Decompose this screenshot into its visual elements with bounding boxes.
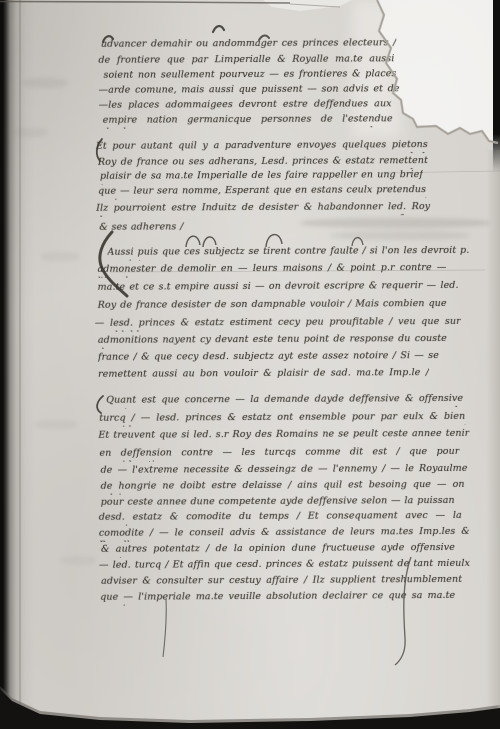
manuscript-scan: advancer demahir ou andommager ces princ…	[0, 0, 500, 729]
ascender-loop	[203, 237, 216, 247]
ink-marks-overlay	[0, 0, 500, 729]
ascender-flourish	[259, 36, 269, 40]
flourish-initial-et	[97, 139, 102, 161]
pen-descender-stroke	[163, 599, 166, 657]
pen-descender-stroke	[395, 557, 411, 665]
tear-edge-fringe	[377, 0, 498, 143]
ascender-flourish	[103, 36, 113, 42]
ascender-flourish	[213, 26, 224, 32]
fold-guideline	[380, 171, 500, 173]
flourish-initial-quant	[97, 396, 103, 413]
ascender-loop	[266, 235, 282, 247]
top-page-edge	[0, 2, 290, 4]
flourish-initial-aussi	[100, 232, 127, 296]
tear-edge-line	[377, 0, 498, 143]
ascender-loop	[352, 238, 363, 246]
fold-guideline	[110, 270, 485, 272]
ascender-loop	[186, 236, 200, 247]
top-page-edge-faint	[290, 4, 340, 7]
